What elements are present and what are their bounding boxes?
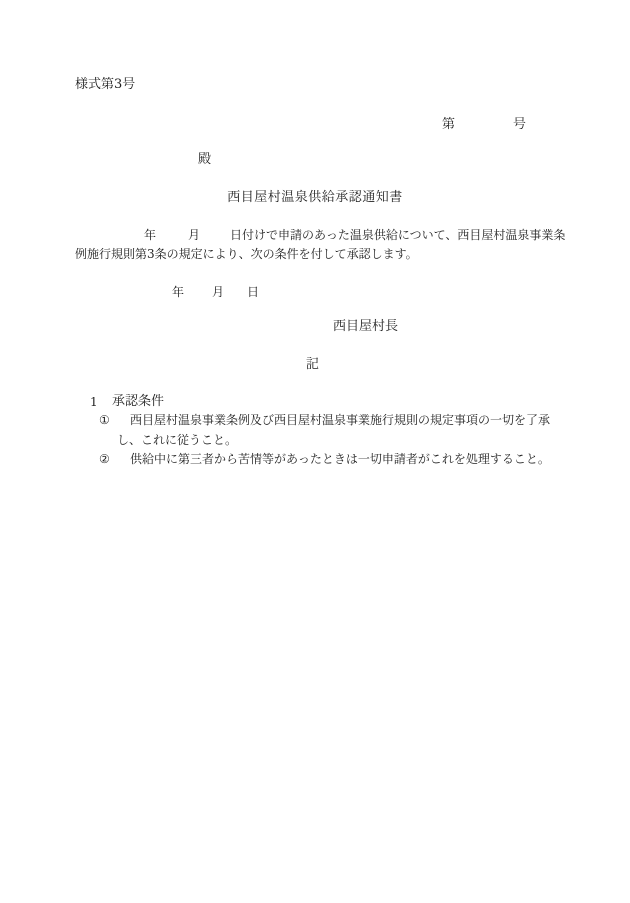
condition-item-2-line1: 供給中に第三者から苦情等があったときは一切申請者がこれを処理すること。 [130, 453, 550, 467]
document-page: 様式第3号 第 号 殿 西目屋村温泉供給承認通知書 年 月 日付けで申請のあった… [0, 0, 630, 903]
conditions-section-heading: 承認条件 [112, 395, 164, 410]
body-year-blank-label: 年 [144, 229, 156, 243]
issue-date-year-label: 年 [172, 286, 184, 300]
conditions-section-number: 1 [90, 396, 98, 410]
addressee-honorific: 殿 [198, 153, 211, 168]
body-month-blank-label: 月 [188, 229, 200, 243]
document-title: 西目屋村温泉供給承認通知書 [0, 191, 630, 206]
record-marker: 記 [306, 358, 319, 373]
condition-item-1-marker: ① [99, 414, 110, 428]
body-line1-text: 日付けで申請のあった温泉供給について、西目屋村温泉事業条 [230, 229, 565, 243]
doc-number-prefix: 第 [442, 118, 455, 133]
body-line2-text: 例施行規則第3条の規定により、次の条件を付して承認します。 [75, 248, 418, 262]
issuer-title: 西目屋村長 [333, 320, 398, 335]
condition-item-1-line1: 西目屋村温泉事業条例及び西目屋村温泉事業施行規則の規定事項の一切を了承 [130, 414, 550, 428]
condition-item-2-marker: ② [99, 453, 110, 467]
condition-item-1-line2: し、これに従うこと。 [117, 434, 237, 448]
doc-number-suffix: 号 [513, 118, 526, 133]
issue-date-day-label: 日 [247, 286, 259, 300]
issue-date-month-label: 月 [212, 286, 224, 300]
form-number-label: 様式第3号 [75, 78, 135, 93]
